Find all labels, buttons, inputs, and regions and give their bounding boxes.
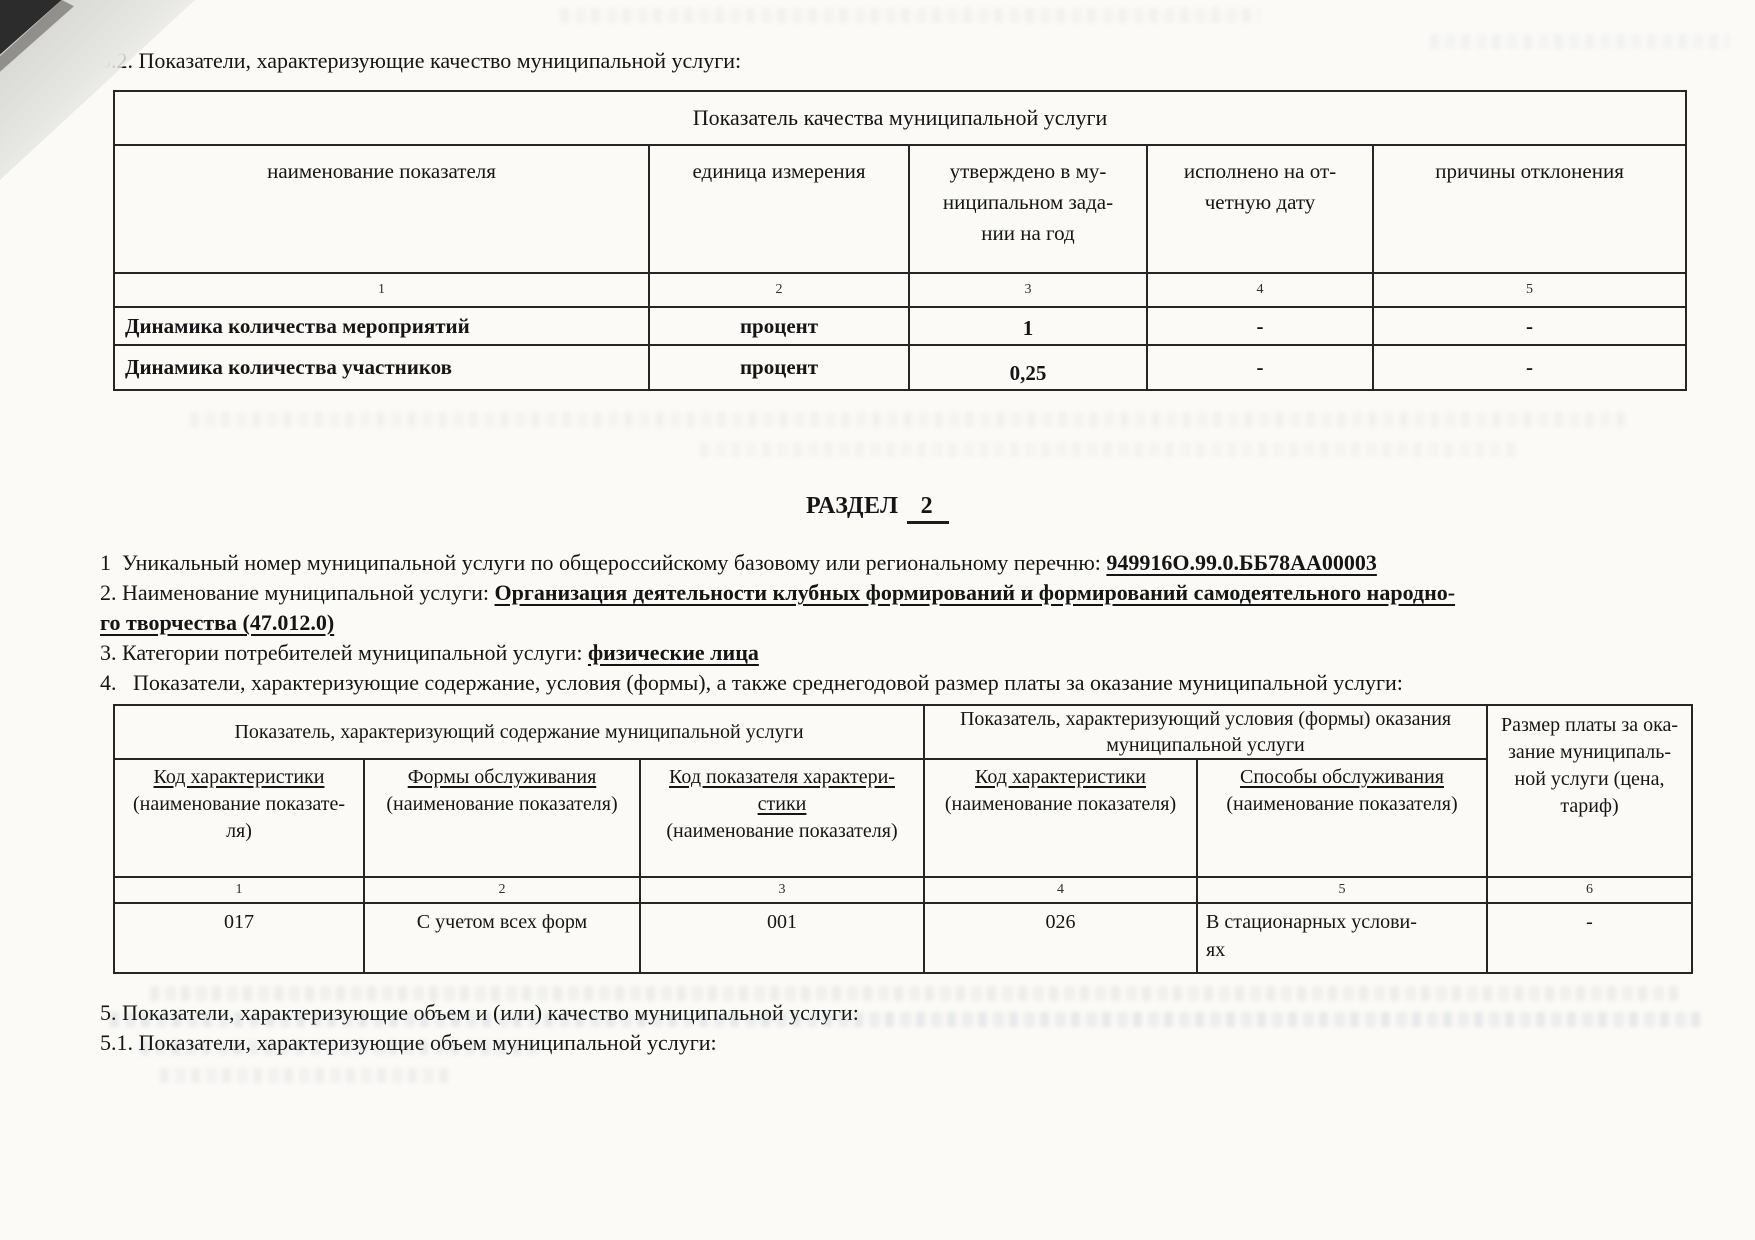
table-row: 017 С учетом всех форм 001 026 В стацион…	[114, 903, 1692, 973]
column-number: 4	[1147, 273, 1373, 307]
indicator-name-cell: Динамика количества участников	[114, 345, 649, 390]
item-2-value-line2: го творчества (47.012.0)	[100, 610, 334, 635]
service-ways-cell: В стационарных услови- ях	[1197, 903, 1487, 973]
subheader-note: (наименование показателя)	[647, 818, 917, 845]
payment-cell: -	[1487, 903, 1692, 973]
subheader-note: (наименование показателя)	[371, 791, 633, 818]
bleedthrough-text	[700, 442, 1520, 457]
bleedthrough-text	[140, 1040, 540, 1055]
column-number: 2	[649, 273, 909, 307]
subheader-note: (наименование показате- ля)	[121, 791, 357, 845]
indicator-code-cell: 001	[640, 903, 924, 973]
reasons-cell: -	[1373, 307, 1686, 345]
section-5-2-heading: 5.2. Показатели, характеризующие качеств…	[100, 46, 1755, 76]
quality-table: Показатель качества муниципальной услуги…	[113, 90, 1687, 391]
item-2-label: 2. Наименование муниципальной услуги:	[100, 580, 495, 605]
service-forms-cell: С учетом всех форм	[364, 903, 640, 973]
unit-cell: процент	[649, 307, 909, 345]
item-1-unique-number: 1 Уникальный номер муниципальной услуги …	[100, 548, 1755, 578]
bleedthrough-text	[110, 1012, 1700, 1027]
table-row: Динамика количества мероприятий процент …	[114, 307, 1686, 345]
subheader-note: (наименование показателя)	[931, 791, 1190, 818]
subheader-service-ways: Способы обслуживания(наименование показа…	[1197, 759, 1487, 877]
section-2-label: РАЗДЕЛ	[806, 493, 899, 519]
column-number: 3	[640, 877, 924, 903]
subheader-service-forms: Формы обслуживания(наименование показате…	[364, 759, 640, 877]
scanned-document-page: 5.2. Показатели, характеризующие качеств…	[0, 0, 1755, 1240]
bleedthrough-text	[560, 8, 1260, 23]
reasons-cell: -	[1373, 345, 1686, 390]
item-2-value-line1: Организация деятельности клубных формиро…	[495, 580, 1456, 605]
subheader-characteristic-code-2: Код характеристики(наименование показате…	[924, 759, 1197, 877]
col-header-reasons: причины отклонения	[1373, 145, 1686, 273]
bleedthrough-text	[160, 1068, 450, 1083]
bleedthrough-text	[150, 986, 1680, 1001]
column-number: 3	[909, 273, 1147, 307]
subheader-note: (наименование показателя)	[1204, 791, 1480, 818]
item-3-consumers: 3. Категории потребителей муниципальной …	[100, 638, 1755, 668]
table-row: Динамика количества участников процент 0…	[114, 345, 1686, 390]
item-2-service-name: 2. Наименование муниципальной услуги: Ор…	[100, 578, 1755, 638]
col-header-approved: утверждено в му- ниципальном зада- нии н…	[909, 145, 1147, 273]
subheader-title: Код характеристики	[975, 766, 1146, 788]
indicator-name-cell: Динамика количества мероприятий	[114, 307, 649, 345]
executed-value-cell: -	[1147, 307, 1373, 345]
approved-value-cell: 0,25	[909, 345, 1147, 390]
quality-table-title: Показатель качества муниципальной услуги	[114, 91, 1686, 145]
approved-value-cell: 1	[909, 307, 1147, 345]
subheader-title: Способы обслуживания	[1240, 766, 1444, 788]
subheader-indicator-code: Код показателя характери- стики(наименов…	[640, 759, 924, 877]
column-number: 1	[114, 877, 364, 903]
item-3-label: 3. Категории потребителей муниципальной …	[100, 640, 588, 665]
subheader-title: Код характеристики	[154, 766, 325, 788]
subheader-title: Формы обслуживания	[408, 766, 597, 788]
item-1-label: 1 Уникальный номер муниципальной услуги …	[100, 550, 1106, 575]
item-4-indicators: 4. Показатели, характеризующие содержани…	[100, 668, 1755, 698]
col-header-executed: исполнено на от- четную дату	[1147, 145, 1373, 273]
group-header-conditions: Показатель, характеризующий условия (фор…	[924, 705, 1487, 759]
column-number: 2	[364, 877, 640, 903]
unit-cell: процент	[649, 345, 909, 390]
group-header-content: Показатель, характеризующий содержание м…	[114, 705, 924, 759]
content-conditions-table: Показатель, характеризующий содержание м…	[113, 704, 1693, 974]
column-number: 4	[924, 877, 1197, 903]
characteristic-code-cell: 017	[114, 903, 364, 973]
bleedthrough-text	[190, 412, 1630, 427]
col-header-indicator-name: наименование показателя	[114, 145, 649, 273]
column-number: 5	[1197, 877, 1487, 903]
section-2-heading: РАЗДЕЛ2	[0, 493, 1755, 524]
column-number: 5	[1373, 273, 1686, 307]
column-number: 1	[114, 273, 649, 307]
executed-value-cell: -	[1147, 345, 1373, 390]
bleedthrough-text	[1430, 34, 1730, 49]
item-3-value: физические лица	[588, 640, 759, 665]
characteristic-code-2-cell: 026	[924, 903, 1197, 973]
section-2-number: 2	[907, 493, 950, 524]
subheader-characteristic-code: Код характеристики(наименование показате…	[114, 759, 364, 877]
column-number: 6	[1487, 877, 1692, 903]
col-header-unit: единица измерения	[649, 145, 909, 273]
item-1-value: 949916О.99.0.ББ78АА00003	[1106, 550, 1376, 575]
subheader-title: Код показателя характери- стики	[669, 766, 895, 815]
payment-header: Размер платы за ока- зание муниципаль- н…	[1487, 705, 1692, 877]
